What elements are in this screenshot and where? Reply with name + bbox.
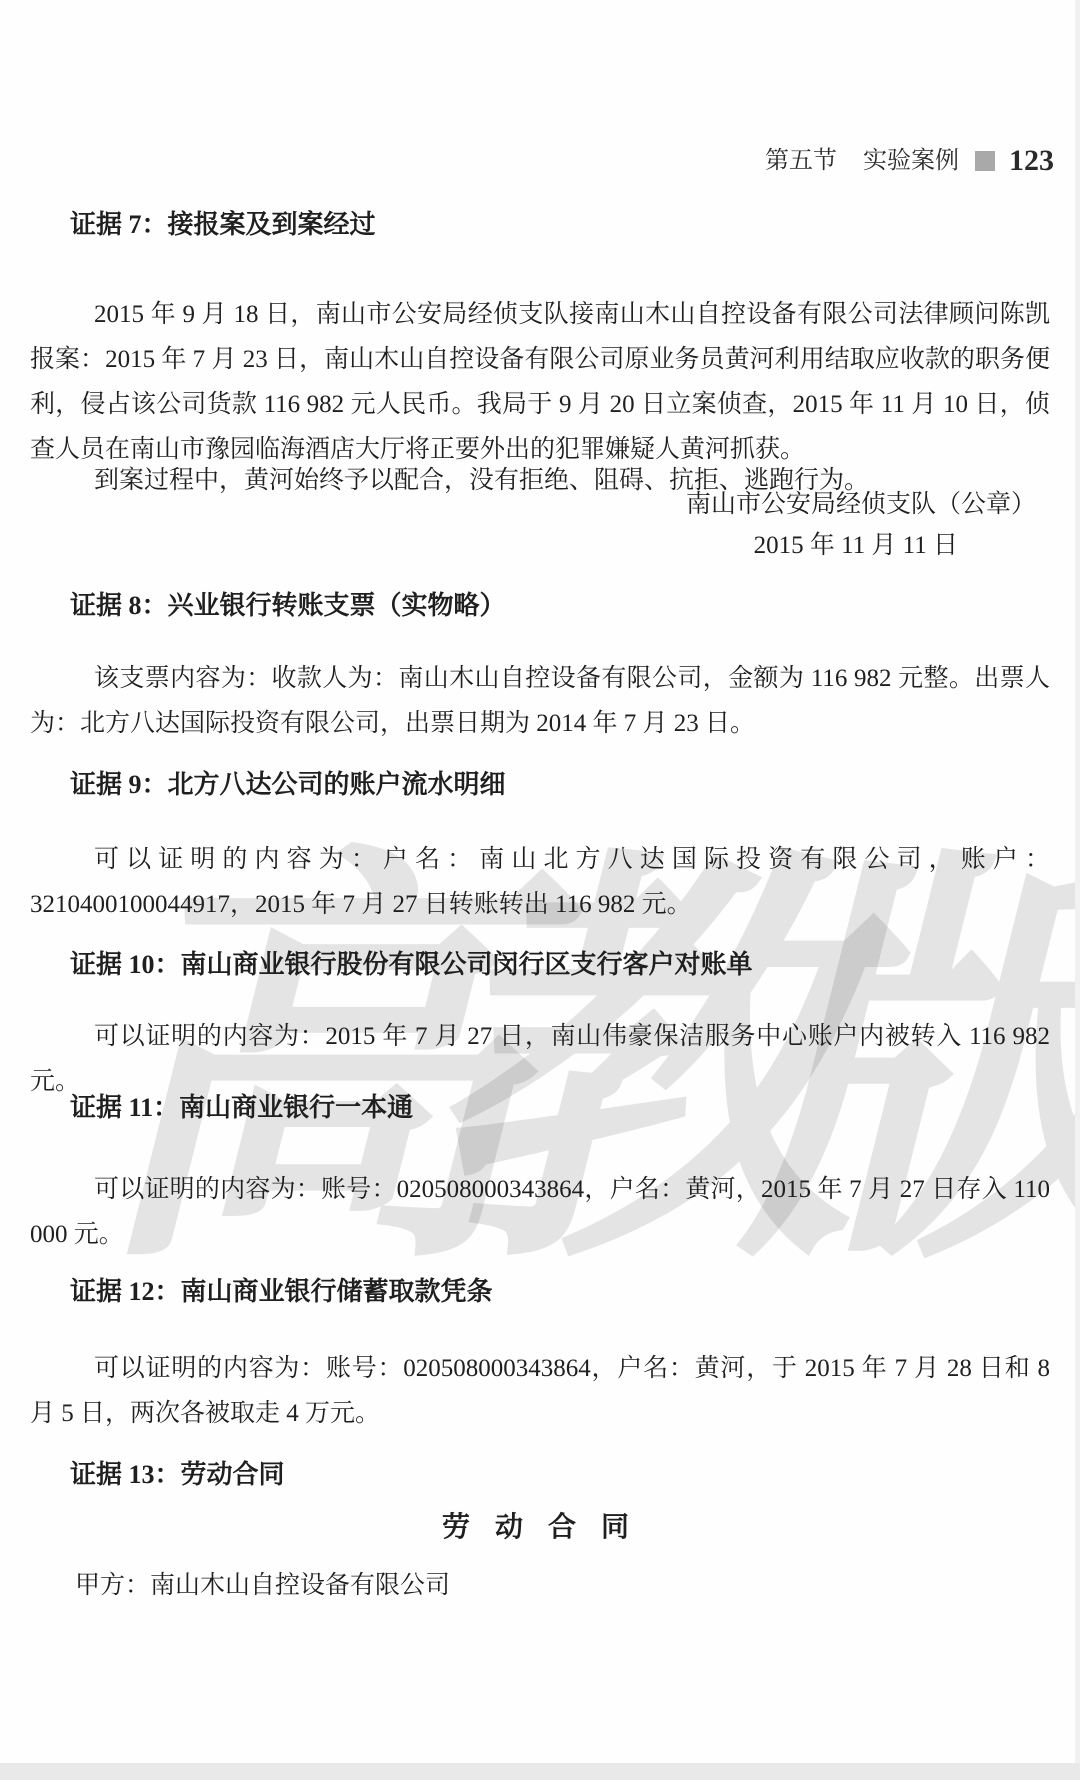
chapter-section-label: 第五节: [765, 146, 837, 176]
evidence-12-paragraph: 可以证明的内容为：账号：020508000343864，户名：黄河，于 2015…: [30, 1346, 1050, 1436]
evidence-7-paragraph-1: 2015 年 9 月 18 日，南山市公安局经侦支队接南山木山自控设备有限公司法…: [30, 292, 1050, 472]
evidence-12-heading: 证据 12：南山商业银行储蓄取款凭条: [70, 1276, 1050, 1308]
evidence-7-heading: 证据 7：接报案及到案经过: [70, 209, 1050, 241]
scan-right-edge: [1075, 0, 1080, 1780]
page-header: 第五节 实验案例 123: [765, 146, 1054, 176]
chapter-section-title: 实验案例: [863, 146, 959, 176]
page-number-marker-icon: [975, 151, 995, 171]
scan-bottom-edge: [0, 1763, 1080, 1780]
document-page: 高 教 版 第五节 实验案例 123 证据 7：接报案及到案经过 2015 年 …: [0, 0, 1080, 1780]
evidence-9-heading: 证据 9：北方八达公司的账户流水明细: [70, 769, 1050, 801]
page-number: 123: [1009, 146, 1054, 176]
evidence-8-paragraph: 该支票内容为：收款人为：南山木山自控设备有限公司，金额为 116 982 元整。…: [30, 656, 1050, 746]
evidence-10-paragraph: 可以证明的内容为：2015 年 7 月 27 日，南山伟豪保洁服务中心账户内被转…: [30, 1014, 1050, 1104]
evidence-7-signature-line: 南山市公安局经侦支队（公章）: [30, 482, 1050, 527]
evidence-13-heading: 证据 13：劳动合同: [70, 1459, 1050, 1491]
labor-contract-party-a: 甲方：南山木山自控设备有限公司: [30, 1563, 1050, 1608]
labor-contract-title: 劳 动 合 同: [30, 1512, 1050, 1544]
evidence-9-paragraph: 可以证明的内容为：户名：南山北方八达国际投资有限公司，账户：3210400100…: [30, 837, 1050, 927]
evidence-8-heading: 证据 8：兴业银行转账支票（实物略）: [70, 590, 1050, 622]
evidence-11-heading: 证据 11：南山商业银行一本通: [70, 1092, 1050, 1124]
evidence-11-paragraph: 可以证明的内容为：账号：020508000343864，户名：黄河，2015 年…: [30, 1167, 1050, 1257]
evidence-7-date-line: 2015 年 11 月 11 日: [30, 523, 1050, 568]
evidence-10-heading: 证据 10：南山商业银行股份有限公司闵行区支行客户对账单: [70, 949, 1050, 981]
